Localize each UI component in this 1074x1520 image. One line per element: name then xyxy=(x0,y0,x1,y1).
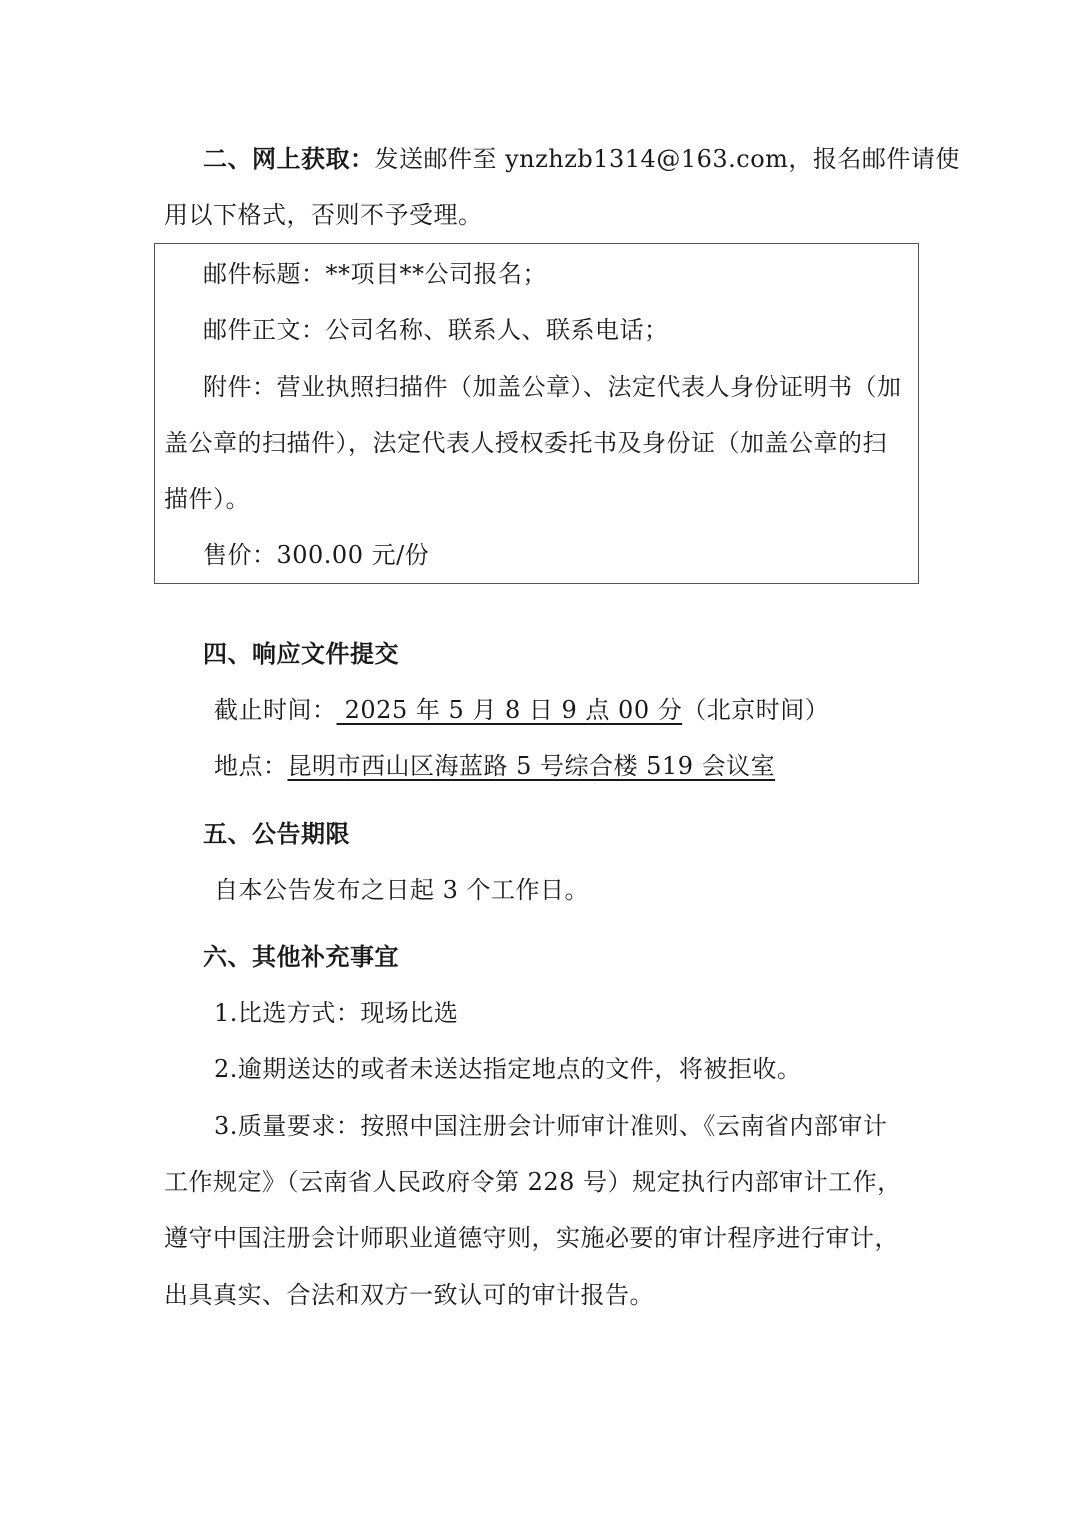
online-acquisition-line-1: 二、网上获取：发送邮件至 ynzhzb1314@163.com，报名邮件请使 xyxy=(203,143,960,175)
other-item-2: 2.逾期送达的或者未送达指定地点的文件，将被拒收。 xyxy=(214,1053,801,1085)
notice-period-text: 自本公告发布之日起 3 个工作日。 xyxy=(214,874,589,906)
email-format-box xyxy=(154,243,919,584)
deadline-value: 2025 年 5 月 8 日 9 点 00 分 xyxy=(337,696,683,724)
email-subject-format: 邮件标题：**项目**公司报名； xyxy=(203,258,547,290)
online-acquisition-label: 二、网上获取： xyxy=(203,145,375,173)
location-value: 昆明市西山区海蓝路 5 号综合楼 519 会议室 xyxy=(288,752,776,780)
email-attachment-line-3: 描件）。 xyxy=(164,483,250,515)
other-item-3-line-4: 出具真实、合法和双方一致认可的审计报告。 xyxy=(164,1279,654,1311)
email-attachment-line-2: 盖公章的扫描件），法定代表人授权委托书及身份证（加盖公章的扫 xyxy=(164,427,887,459)
deadline-suffix: （北京时间） xyxy=(682,696,829,724)
other-item-3-line-3: 遵守中国注册会计师职业道德守则，实施必要的审计程序进行审计， xyxy=(164,1222,899,1254)
location-label: 地点： xyxy=(214,752,288,780)
section-heading-submission: 四、响应文件提交 xyxy=(203,638,399,670)
other-item-3-line-2: 工作规定》（云南省人民政府令第 228 号）规定执行内部审计工作， xyxy=(164,1166,902,1198)
price-text: 售价：300.00 元/份 xyxy=(203,539,429,571)
section-heading-other-matters: 六、其他补充事宜 xyxy=(203,941,399,973)
online-acquisition-line-2: 用以下格式，否则不予受理。 xyxy=(164,199,483,231)
location-line: 地点：昆明市西山区海蓝路 5 号综合楼 519 会议室 xyxy=(214,750,775,782)
email-body-format: 邮件正文：公司名称、联系人、联系电话； xyxy=(203,314,669,346)
section-heading-notice-period: 五、公告期限 xyxy=(203,818,350,850)
other-item-3-line-1: 3.质量要求：按照中国注册会计师审计准则、《云南省内部审计 xyxy=(214,1110,887,1142)
online-acquisition-text: 发送邮件至 ynzhzb1314@163.com，报名邮件请使 xyxy=(375,145,960,173)
deadline-label: 截止时间： xyxy=(214,696,337,724)
other-item-1: 1.比选方式：现场比选 xyxy=(214,997,458,1029)
deadline-line: 截止时间： 2025 年 5 月 8 日 9 点 00 分（北京时间） xyxy=(214,694,829,726)
email-attachment-line-1: 附件：营业执照扫描件（加盖公章）、法定代表人身份证明书（加 xyxy=(203,371,902,403)
